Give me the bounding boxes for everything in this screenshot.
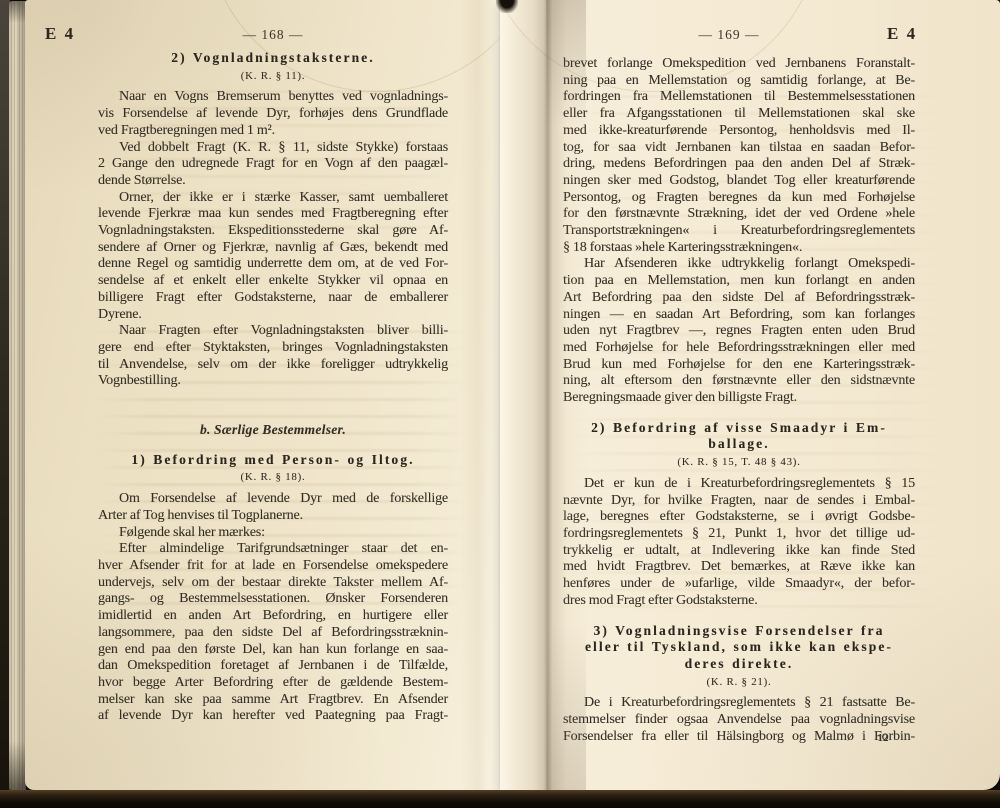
text-line: De i Kreaturbefordringsreglementets § 21… <box>563 695 915 712</box>
bottom-shadow <box>0 790 1000 808</box>
text-line: levende Fjerkræ maa kun sendes med Fragt… <box>98 206 448 223</box>
paragraph: De i Kreaturbefordringsreglementets § 21… <box>563 695 915 745</box>
text-line: § 18 forstaas »hele Karteringsstrækninge… <box>563 240 915 257</box>
text-line: (K. R. § 11). <box>98 68 448 85</box>
regulation-reference: (K. R. § 15, T. 48 § 43). <box>563 454 915 471</box>
text-line: melser kan ske paa samme Art Fragtbrev. … <box>98 692 448 709</box>
paragraph: Følgende skal her mærkes: <box>98 525 448 542</box>
text-line: undervejs, selv om der bestaar direkte T… <box>98 575 448 592</box>
text-line: henføres under de »ufarlige, vilde Smaad… <box>563 576 915 593</box>
subsection-title: b. Særlige Bestemmelser. <box>98 422 448 439</box>
text-line: 2) Befordring af visse Smaadyr i Em- <box>563 420 915 437</box>
text-line: ballage. <box>563 436 915 453</box>
text-line: hvor begge Arter Befordring efter de gæl… <box>98 675 448 692</box>
paragraph: Naar en Vogns Bremserum benyttes ved vog… <box>98 89 448 139</box>
text-line: ning paa en Mellemstation og samtidig fo… <box>563 73 915 90</box>
text-line: ved Fragtberegningen med 1 m². <box>98 123 448 140</box>
text-line: 2 Gange den udregnede Fragt for en Vogn … <box>98 156 448 173</box>
text-line: dan Omekspedition foretaget af Jernbanen… <box>98 658 448 675</box>
text-line: deres direkte. <box>563 656 915 673</box>
text-line: 3) Vognladningsvise Forsendelser fra <box>563 623 915 640</box>
text-line: Beregningsmaade giver den billigste Frag… <box>563 390 915 407</box>
text-line: uden nyt Fragtbrev —, regnes Fragten ent… <box>563 323 915 340</box>
text-line: billigere Fragt efter Godstaksterne, naa… <box>98 290 448 307</box>
text-line: (K. R. § 18). <box>98 469 448 486</box>
text-line: brevet forlange Omekspedition ved Jernba… <box>563 56 915 73</box>
text-line: Følgende skal her mærkes: <box>98 525 448 542</box>
paragraph: Orner, der ikke er i stærke Kasser, samt… <box>98 190 448 324</box>
text-line: Har Afsenderen ikke udtrykkelig forlangt… <box>563 256 915 273</box>
regulation-reference: (K. R. § 11). <box>98 68 448 85</box>
section-heading: 2) Befordring af visse Smaadyr i Em-ball… <box>563 420 915 453</box>
page-left: E 4 — 168 — 2) Vognladningstaksterne.(K.… <box>25 0 500 790</box>
text-line: Art Befordring paa den sidste Del af Bef… <box>563 290 915 307</box>
regulation-reference: (K. R. § 21). <box>563 674 915 691</box>
text-line: Orner, der ikke er i stærke Kasser, samt… <box>98 190 448 207</box>
text-line: eller fra Afgangsstationen til Mellemsta… <box>563 106 915 123</box>
page-text-right: brevet forlange Omekspedition ved Jernba… <box>563 0 915 745</box>
text-line: dende Størrelse. <box>98 173 448 190</box>
text-line: b. Særlige Bestemmelser. <box>98 422 448 439</box>
text-line: Arter af Tog henvises til Togplanerne. <box>98 508 448 525</box>
text-line: Brud kun med Forhøjelse for den ene Kart… <box>563 357 915 374</box>
text-line: Vognladningstaksten. Ekspeditionsstedern… <box>98 223 448 240</box>
page-corner-mark-left: E 4 <box>45 24 75 44</box>
signature-mark: 12 <box>868 732 898 744</box>
text-line: (K. R. § 21). <box>563 674 915 691</box>
text-line: Dyrene. <box>98 307 448 324</box>
text-line: med Forhøjelse for hele Befordringsstræk… <box>563 340 915 357</box>
text-line: 1) Befordring med Person- og Iltog. <box>98 452 448 469</box>
text-line: til Anvendelse, selv om der ikke forelig… <box>98 357 448 374</box>
text-line: dres mod Fragt efter Godstaksterne. <box>563 593 915 610</box>
text-line: dring, medens Befordringen paa den anden… <box>563 156 915 173</box>
page-edge-stripes <box>9 1 26 791</box>
text-line: fordringsreglementets § 21, Punkt 1, hvo… <box>563 526 915 543</box>
text-line: Forsendelser fra eller til Hälsingborg o… <box>563 729 915 746</box>
text-line: tion paa en Mellemstation, men kun forla… <box>563 273 915 290</box>
text-line: gangs- og Bestemmelsesstationen. Ønsker … <box>98 591 448 608</box>
text-line: sendere af Orner og Fjerkræ, navnlig af … <box>98 240 448 257</box>
book-scan: E 4 — 168 — 2) Vognladningstaksterne.(K.… <box>0 0 1000 808</box>
text-line: ningen sker med Godstog, blandet Tog ell… <box>563 173 915 190</box>
text-line: hver Afsender frit for at lade en Forsen… <box>98 558 448 575</box>
text-line: nævnte Dyr, for hvilke Fragten, naar de … <box>563 493 915 510</box>
text-line: Vognbestilling. <box>98 373 448 390</box>
text-line: ning, alt eftersom den førstnævnte eller… <box>563 373 915 390</box>
text-line: gere end efter Styktaksten, bringes Vogn… <box>98 340 448 357</box>
paragraph: Det er kun de i Kreaturbefordringsreglem… <box>563 476 915 610</box>
text-line: fordringen fra Mellemstationen til Beste… <box>563 89 915 106</box>
text-line: af levende Dyr kan herefter ved Paategni… <box>98 708 448 725</box>
text-line: sendelse af et enkelt eller enkelte Styk… <box>98 273 448 290</box>
text-line: imidlertid en anden Art Befordring, en h… <box>98 608 448 625</box>
section-heading: 1) Befordring med Person- og Iltog. <box>98 452 448 469</box>
text-line: tog, for saa vidt Jernbanen kan tilstaa … <box>563 140 915 157</box>
text-line: vis Forsendelse af levende Dyr, forhøjes… <box>98 106 448 123</box>
text-line: Det er kun de i Kreaturbefordringsreglem… <box>563 476 915 493</box>
text-line: 2) Vognladningstaksterne. <box>98 50 448 67</box>
paragraph: Har Afsenderen ikke udtrykkelig forlangt… <box>563 256 915 406</box>
page-text-left: 2) Vognladningstaksterne.(K. R. § 11).Na… <box>98 0 448 725</box>
paragraph: Naar Fragten efter Vognladningstaksten b… <box>98 323 448 390</box>
text-line: Persontog, og Fragten beregnes da kun me… <box>563 190 915 207</box>
text-line: stemmelser finder ogsaa Anvendelse paa v… <box>563 712 915 729</box>
text-line: Naar en Vogns Bremserum benyttes ved vog… <box>98 89 448 106</box>
text-line: lage, beregnes efter Godstaksterne, se i… <box>563 509 915 526</box>
text-line: langsommere, paa den sidste Del af Befor… <box>98 625 448 642</box>
page-right: E 4 — 169 — brevet forlange Omekspeditio… <box>500 0 1000 790</box>
regulation-reference: (K. R. § 18). <box>98 469 448 486</box>
paragraph: Efter almindelige Tarifgrundsætninger st… <box>98 541 448 725</box>
text-line: Naar Fragten efter Vognladningstaksten b… <box>98 323 448 340</box>
text-line: med ikke-kreaturførende Persontog, henho… <box>563 123 915 140</box>
section-heading: 3) Vognladningsvise Forsendelser fraelle… <box>563 623 915 673</box>
text-line: Om Forsendelse af levende Dyr med de for… <box>98 491 448 508</box>
paragraph: Ved dobbelt Fragt (K. R. § 11, sidste St… <box>98 140 448 190</box>
paragraph: brevet forlange Omekspedition ved Jernba… <box>563 56 915 256</box>
section-heading: 2) Vognladningstaksterne. <box>98 50 448 67</box>
text-line: Efter almindelige Tarifgrundsætninger st… <box>98 541 448 558</box>
text-line: denne Regel og samtidig underrette dem o… <box>98 256 448 273</box>
text-line: ningen — en saadan Art Befordring, som k… <box>563 307 915 324</box>
text-line: for den førstnævnte Strækning, idet der … <box>563 206 915 223</box>
text-line: gen end paa den første Del, kan han kun … <box>98 642 448 659</box>
text-line: Transportstrækningen« i Kreaturbefordrin… <box>563 223 915 240</box>
text-line: med hvidt Fragtbrev. Det bemærkes, at Ræ… <box>563 559 915 576</box>
text-line: trykkelig er udtalt, at Indlevering ikke… <box>563 543 915 560</box>
paragraph: Om Forsendelse af levende Dyr med de for… <box>98 491 448 524</box>
text-line: (K. R. § 15, T. 48 § 43). <box>563 454 915 471</box>
text-line: Ved dobbelt Fragt (K. R. § 11, sidste St… <box>98 140 448 157</box>
text-line: eller til Tyskland, som ikke kan ekspe- <box>563 639 915 656</box>
